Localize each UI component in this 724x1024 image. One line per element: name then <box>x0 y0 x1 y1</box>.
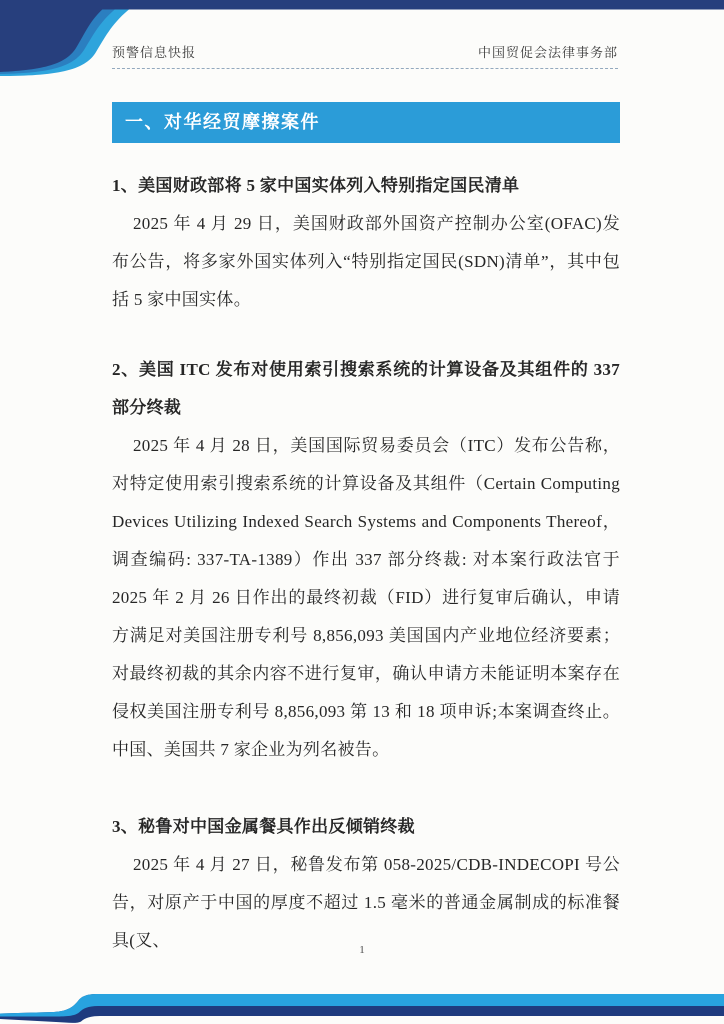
footer-wave-graphic <box>0 978 724 1024</box>
section-banner: 一、对华经贸摩擦案件 <box>112 102 620 143</box>
article-3-heading: 3、秘鲁对中国金属餐具作出反倾销终裁 <box>112 808 620 846</box>
article-2-heading: 2、美国 ITC 发布对使用索引搜索系统的计算设备及其组件的 337 部分终裁 <box>112 351 620 427</box>
document-page: 预警信息快报 中国贸促会法律事务部 一、对华经贸摩擦案件 1、美国财政部将 5 … <box>0 0 724 1024</box>
page-number: 1 <box>0 944 724 956</box>
content-column: 一、对华经贸摩擦案件 1、美国财政部将 5 家中国实体列入特别指定国民清单 20… <box>112 102 620 960</box>
header-right-title: 中国贸促会法律事务部 <box>478 42 618 61</box>
article-1-body: 2025 年 4 月 29 日，美国财政部外国资产控制办公室(OFAC)发布公告… <box>112 205 620 319</box>
article-3-body: 2025 年 4 月 27 日，秘鲁发布第 058-2025/CDB-INDEC… <box>112 846 620 960</box>
header-left-title: 预警信息快报 <box>112 42 196 61</box>
running-header: 预警信息快报 中国贸促会法律事务部 <box>112 42 618 69</box>
article-2-body: 2025 年 4 月 28 日，美国国际贸易委员会（ITC）发布公告称，对特定使… <box>112 427 620 769</box>
article-1-heading: 1、美国财政部将 5 家中国实体列入特别指定国民清单 <box>112 167 620 205</box>
